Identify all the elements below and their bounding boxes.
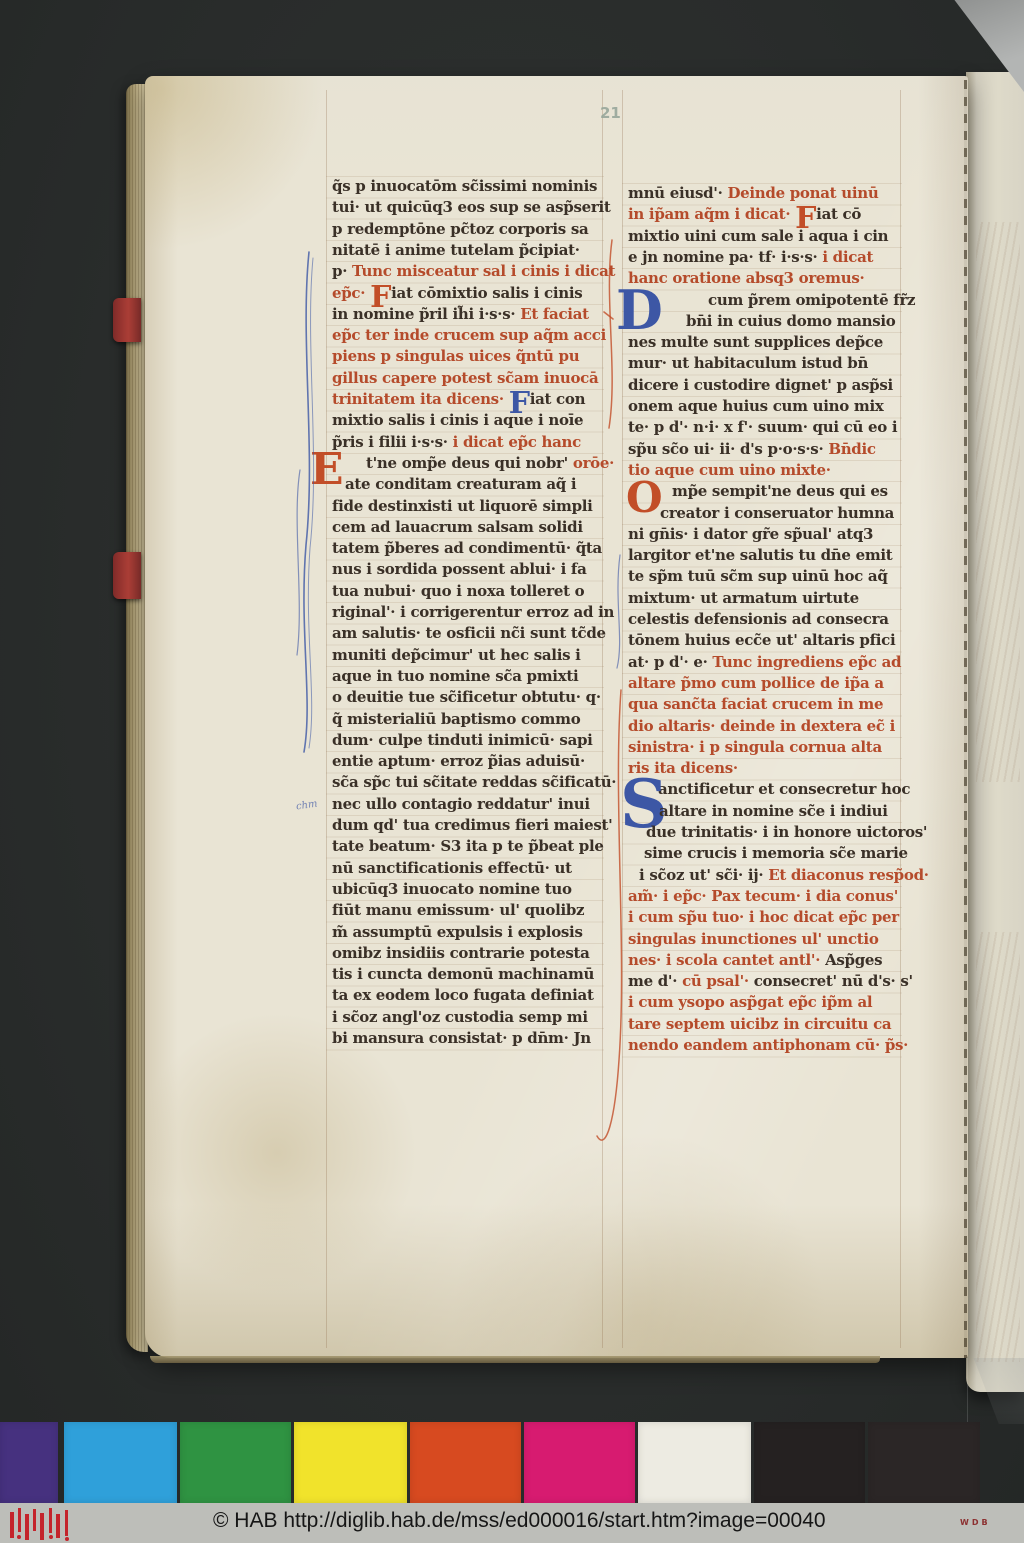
text-run: i dicat ep̃c hanc [453, 433, 581, 451]
text-run: tōnem huius ecc̃e ut' altaris pfici [628, 631, 895, 649]
text-run: p· [332, 262, 352, 280]
text-run: omibz insidiis contrarie potesta [332, 944, 590, 962]
text-line: tatem p̃beres ad condimentū· q̃ta [332, 538, 602, 559]
text-run: sp̃u sc̃o ui· ii· d's p·o·s·s· [628, 440, 828, 458]
text-line: piens p singulas uices q̃ntū pu [332, 346, 579, 367]
text-showthrough [976, 222, 1020, 782]
text-run: Tunc misceatur sal i cinis i dicat [352, 262, 615, 280]
text-run: creator i conseruator humna [660, 504, 894, 522]
text-line: ate conditam creaturam aq̃ i [332, 474, 576, 495]
text-line: aque in tuo nomine sc̃a pmixti [332, 666, 578, 687]
text-line: te· p d'· n·i· x f'· suum· qui cū eo i [628, 417, 897, 438]
text-run: largitor et'ne salutis tu dn̄e emit [628, 546, 892, 564]
text-line: Omp̃e sempit'ne deus qui es [628, 481, 888, 502]
text-line: due trinitatis· i in honore uictoros' [628, 822, 927, 843]
text-run: dum· culpe tinduti inimicū· sapi [332, 731, 593, 749]
text-run: orōe· [573, 454, 614, 472]
text-line: creator i conseruator humna [628, 503, 894, 524]
text-run: singulas inunctiones ul' unctio [628, 930, 879, 948]
text-run: nus i sordida possent ablui· i fa [332, 560, 587, 578]
text-line: i cum ysopo asp̃gat ep̃c ip̃m al [628, 992, 872, 1013]
text-run: q̃ misterialiū baptismo commo [332, 710, 580, 728]
text-run: e jn nomine pa· tf· i·s·s· [628, 248, 822, 266]
text-line: te sp̃m tuū sc̃m sup uinū hoc aq̃ [628, 566, 888, 587]
text-run: tui· ut quicūq3 eos sup se asp̃serit [332, 198, 610, 216]
text-run: hanc oratione absq3 oremus· [628, 269, 864, 287]
text-run: am̃· i ep̃c· Pax tecum· i dia conus' [628, 887, 898, 905]
folio-number: 21 [600, 104, 621, 122]
text-line: dio altaris· deinde in dextera ec̃ i [628, 716, 895, 737]
text-run: aque in tuo nomine sc̃a pmixti [332, 667, 578, 685]
text-line: nec ullo contagio reddatur' inui [332, 794, 590, 815]
text-line: nes· i scola cantet antl'· Asp̃ges [628, 950, 882, 971]
text-run: m̃ assumptū expulsis i explosis [332, 923, 583, 941]
text-line: nū sanctificationis effectū· ut [332, 858, 572, 879]
text-run: tis i cuncta demonū machinamū [332, 965, 594, 983]
text-run: ep̃c ter inde crucem sup aq̃m acci [332, 326, 606, 344]
text-line: q̃ misterialiū baptismo commo [332, 709, 580, 730]
next-leaf-edge [966, 72, 1024, 1392]
text-line: sc̃a sp̃c tui sc̃itate reddas sc̃ificatū… [332, 772, 616, 793]
text-run: tare septem uicibz in circuitu ca [628, 1015, 891, 1033]
text-run: fide destinxisti ut liquorē simpli [332, 497, 593, 515]
text-run: due trinitatis· i in honore uictoros' [646, 823, 927, 841]
text-line: sinistra· i p singula cornua alta [628, 737, 882, 758]
text-line: nus i sordida possent ablui· i fa [332, 559, 587, 580]
text-line: dum qd' tua credimus fieri maiest' [332, 815, 612, 836]
text-run: nendo eandem antiphonam cū· p̃s· [628, 1036, 908, 1054]
text-line: am salutis· te osficii nc̃i sunt tc̃de [332, 623, 606, 644]
text-run: Tunc ingrediens ep̃c ad [712, 653, 901, 671]
text-line: fiūt manu emissum· ul' quolibz [332, 900, 584, 921]
text-line: ubicūq3 inuocato nomine tuo [332, 879, 572, 900]
color-patch-violet [0, 1422, 58, 1503]
text-line: at· p d'· e· Tunc ingrediens ep̃c ad [628, 652, 901, 673]
color-patch-white [638, 1422, 751, 1503]
text-run: tatem p̃beres ad condimentū· q̃ta [332, 539, 602, 557]
text-line: Dcum p̃rem omipotentē fr̃z [628, 290, 915, 311]
text-line: ep̃c· Fiat cōmixtio salis i cinis [332, 283, 582, 304]
digitized-manuscript-view: 21 chm q̃s p inuocatōm sc̃issimi nominis… [0, 0, 1024, 1543]
text-run: sinistra· i p singula cornua alta [628, 738, 882, 756]
text-line: cem ad lauacrum salsam solidi [332, 517, 583, 538]
text-line: Sanctificetur et consecretur hoc [628, 779, 910, 800]
text-run: te sp̃m tuū sc̃m sup uinū hoc aq̃ [628, 567, 888, 585]
text-line: i cum sp̃u tuo· i hoc dicat ep̃c per [628, 907, 899, 928]
text-run: tate beatum· S3 ita p te p̃beat ple [332, 837, 604, 855]
text-line: i sc̃oz ut' sc̃i· ij· Et diaconus resp̃o… [628, 865, 929, 886]
text-run: qua sanc̃ta faciat crucem in me [628, 695, 883, 713]
text-line: riginal'· i corrigerentur erroz ad in [332, 602, 614, 623]
text-line: tis i cuncta demonū machinamū [332, 964, 594, 985]
text-run: dio altaris· deinde in dextera ec̃ i [628, 717, 895, 735]
text-line: mixtio uini cum sale i aqua i cin [628, 226, 888, 247]
text-run: iat cō [816, 205, 861, 223]
text-run: bi mansura consistat· p dn̄m· Jn [332, 1029, 591, 1047]
text-line: ni gn̄is· i dator gr̃e sp̃ual' atq3 [628, 524, 873, 545]
text-run: cem ad lauacrum salsam solidi [332, 518, 583, 536]
registration-mark-icon [6, 1506, 86, 1542]
text-line: p̃ris i filii i·s·s· i dicat ep̃c hanc [332, 432, 581, 453]
text-line: mur· ut habitaculum istud bn̄ [628, 353, 868, 374]
text-line: nendo eandem antiphonam cū· p̃s· [628, 1035, 908, 1056]
text-line: o deuitie tue sc̃ificetur obtutu· q· [332, 687, 601, 708]
text-run: at· p d'· e· [628, 653, 712, 671]
text-line: dicere i custodire dignet' p asp̃si [628, 375, 893, 396]
text-run: ate conditam creaturam aq̃ i [345, 475, 576, 493]
text-run: me d'· [628, 972, 682, 990]
text-run: q̃s p inuocatōm sc̃issimi nominis [332, 177, 597, 195]
text-line: in nomine p̃ril ih̃i i·s·s· Et faciat [332, 304, 589, 325]
text-line: Et'ne omp̃e deus qui nobr' orōe· [332, 453, 614, 474]
text-run: nū sanctificationis effectū· ut [332, 859, 572, 877]
text-line: altare in nomine sc̃e i indiui [628, 801, 888, 822]
text-line: tare septem uicibz in circuitu ca [628, 1014, 891, 1035]
text-run: entie aptum· erroz p̃ias aduisū· [332, 752, 585, 770]
text-run: dicere i custodire dignet' p asp̃si [628, 376, 893, 394]
text-run: i sc̃oz ut' sc̃i· ij· [639, 866, 768, 884]
text-line: q̃s p inuocatōm sc̃issimi nominis [332, 176, 597, 197]
text-line: trinitatem ita dicens· Fiat con [332, 389, 585, 410]
text-line: qua sanc̃ta faciat crucem in me [628, 694, 883, 715]
color-patch-cyan [64, 1422, 177, 1503]
text-run: fiūt manu emissum· ul' quolibz [332, 901, 584, 919]
text-run: p̃ris i filii i·s·s· [332, 433, 453, 451]
text-line: tua nubui· quo i noxa tolleret o [332, 581, 584, 602]
text-line: mixtum· ut armatum uirtute [628, 588, 859, 609]
text-run: in nomine p̃ril ih̃i i·s·s· [332, 305, 520, 323]
red-bookmark-tab [113, 298, 141, 342]
text-line: in ip̃am aq̃m i dicat· Fiat cō [628, 204, 861, 225]
text-line: nes multe sunt supplices dep̃ce [628, 332, 883, 353]
text-line: m̃ assumptū expulsis i explosis [332, 922, 583, 943]
wdb-watermark: WDB [960, 1518, 991, 1527]
text-line: muniti dep̃cimur' ut hec salis i [332, 645, 581, 666]
text-run: nes· i scola cantet antl'· [628, 951, 825, 969]
text-run: celestis defensionis ad consecra [628, 610, 889, 628]
text-run: i sc̃oz angl'oz custodia semp mi [332, 1008, 588, 1026]
text-run: Asp̃ges [825, 951, 882, 969]
text-line: nitatē i anime tutelam p̃cipiat· [332, 240, 580, 261]
text-run: consecret' nū d's· s' [754, 972, 913, 990]
text-run: te· p d'· n·i· x f'· suum· qui cū eo i [628, 418, 897, 436]
text-run: in ip̃am aq̃m i dicat· [628, 205, 795, 223]
text-line: bi mansura consistat· p dn̄m· Jn [332, 1028, 591, 1049]
text-run: mixtio salis i cinis i aque i noīe [332, 411, 583, 429]
text-line: gillus capere potest sc̃am inuocā [332, 368, 598, 389]
text-line: i sc̃oz angl'oz custodia semp mi [332, 1007, 588, 1028]
text-run: p redemptōne pc̃toz corporis sa [332, 220, 588, 238]
red-bookmark-tab [113, 552, 141, 599]
text-line: sp̃u sc̃o ui· ii· d's p·o·s·s· Bn̄dic [628, 439, 876, 460]
copyright-caption: © HAB http://diglib.hab.de/mss/ed000016/… [213, 1509, 826, 1533]
text-run: cū psal'· [682, 972, 754, 990]
text-run: Deinde ponat uinū [727, 184, 878, 202]
text-run: ep̃c· [332, 284, 370, 302]
text-line: dum· culpe tinduti inimicū· sapi [332, 730, 593, 751]
text-run: muniti dep̃cimur' ut hec salis i [332, 646, 581, 664]
text-line: hanc oratione absq3 oremus· [628, 268, 864, 289]
color-patch-black-1 [754, 1422, 865, 1503]
page-crease-sewing [964, 80, 967, 1358]
text-line: fide destinxisti ut liquorē simpli [332, 496, 593, 517]
text-run: anctificetur et consecretur hoc [658, 780, 910, 798]
text-line: entie aptum· erroz p̃ias aduisū· [332, 751, 585, 772]
text-line: sime crucis i memoria sc̃e marie [628, 843, 908, 864]
text-run: gillus capere potest sc̃am inuocā [332, 369, 598, 387]
text-run: ni gn̄is· i dator gr̃e sp̃ual' atq3 [628, 525, 873, 543]
text-run: mp̃e sempit'ne deus qui es [672, 482, 888, 500]
text-run: mixtio uini cum sale i aqua i cin [628, 227, 888, 245]
text-run: sime crucis i memoria sc̃e marie [644, 844, 908, 862]
text-run: Et faciat [520, 305, 589, 323]
text-run: mixtum· ut armatum uirtute [628, 589, 859, 607]
color-patch-green [180, 1422, 291, 1503]
color-patch-magenta [524, 1422, 635, 1503]
text-run: i dicat [822, 248, 873, 266]
text-run: Bn̄dic [828, 440, 875, 458]
text-line: me d'· cū psal'· consecret' nū d's· s' [628, 971, 913, 992]
text-line: singulas inunctiones ul' unctio [628, 929, 879, 950]
text-showthrough [976, 932, 1020, 1362]
text-line: mnū eiusd'· Deinde ponat uinū [628, 183, 878, 204]
text-run: altare in nomine sc̃e i indiui [659, 802, 888, 820]
text-line: tōnem huius ecc̃e ut' altaris pfici [628, 630, 895, 651]
text-line: celestis defensionis ad consecra [628, 609, 889, 630]
text-run: nitatē i anime tutelam p̃cipiat· [332, 241, 580, 259]
text-run: piens p singulas uices q̃ntū pu [332, 347, 579, 365]
text-line: tate beatum· S3 ita p te p̃beat ple [332, 836, 604, 857]
text-run: Et diaconus resp̃od· [768, 866, 929, 884]
text-run: altare p̃mo cum pollice de ip̃a a [628, 674, 884, 692]
text-run: tua nubui· quo i noxa tolleret o [332, 582, 584, 600]
text-run: am salutis· te osficii nc̃i sunt tc̃de [332, 624, 606, 642]
text-run: i cum ysopo asp̃gat ep̃c ip̃m al [628, 993, 872, 1011]
text-run: riginal'· i corrigerentur erroz ad in [332, 603, 614, 621]
text-run: iat con [530, 390, 586, 408]
text-line: p redemptōne pc̃toz corporis sa [332, 219, 588, 240]
book-bottom-edge [150, 1356, 880, 1363]
text-run: o deuitie tue sc̃ificetur obtutu· q· [332, 688, 601, 706]
text-line: am̃· i ep̃c· Pax tecum· i dia conus' [628, 886, 898, 907]
text-line: omibz insidiis contrarie potesta [332, 943, 590, 964]
text-line: bn̄i in cuius domo mansio [628, 311, 896, 332]
text-run: mnū eiusd'· [628, 184, 727, 202]
text-line: tui· ut quicūq3 eos sup se asp̃serit [332, 197, 610, 218]
text-run: i cum sp̃u tuo· i hoc dicat ep̃c per [628, 908, 899, 926]
color-patch-yellow [294, 1422, 407, 1503]
text-line: ta ex eodem loco fugata definiat [332, 985, 594, 1006]
text-line: e jn nomine pa· tf· i·s·s· i dicat [628, 247, 873, 268]
text-run: nec ullo contagio reddatur' inui [332, 795, 590, 813]
text-run: dum qd' tua credimus fieri maiest' [332, 816, 612, 834]
text-line: onem aque huius cum uino mix [628, 396, 884, 417]
text-line: altare p̃mo cum pollice de ip̃a a [628, 673, 884, 694]
text-run: bn̄i in cuius domo mansio [686, 312, 896, 330]
text-line: mixtio salis i cinis i aque i noīe [332, 410, 583, 431]
text-run: sc̃a sp̃c tui sc̃itate reddas sc̃ificatū… [332, 773, 616, 791]
text-line: largitor et'ne salutis tu dn̄e emit [628, 545, 892, 566]
text-run: onem aque huius cum uino mix [628, 397, 884, 415]
text-run: ta ex eodem loco fugata definiat [332, 986, 594, 1004]
text-line: ep̃c ter inde crucem sup aq̃m acci [332, 325, 606, 346]
text-run: trinitatem ita dicens· [332, 390, 509, 408]
text-run: iat cōmixtio salis i cinis [391, 284, 582, 302]
text-run: ubicūq3 inuocato nomine tuo [332, 880, 572, 898]
text-run: mur· ut habitaculum istud bn̄ [628, 354, 868, 372]
text-run: cum p̃rem omipotentē fr̃z [708, 291, 915, 309]
text-run: nes multe sunt supplices dep̃ce [628, 333, 883, 351]
color-patch-black-2 [868, 1422, 980, 1503]
text-run: t'ne omp̃e deus qui nobr' [366, 454, 573, 472]
color-patch-orange-red [410, 1422, 521, 1503]
